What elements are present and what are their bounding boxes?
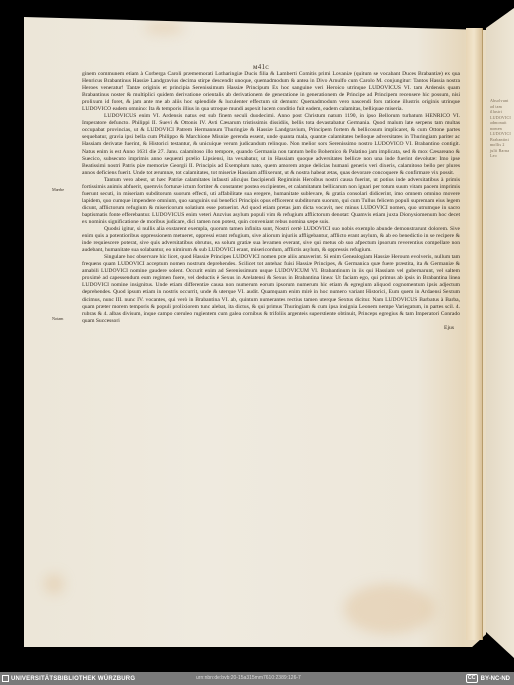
adjacent-page-edge: Absolvunt ad tam illustri LUDOVICI admon… (486, 8, 514, 658)
paper-stain (144, 22, 184, 34)
urn-identifier: urn:nbn:de:bvb:20-15a315mm7610:2389:126-… (196, 675, 301, 681)
page-number: ᴍ41ᴄ (253, 63, 269, 71)
document-body: ginem communem etiam à Corberga Caroli p… (82, 71, 460, 332)
library-logo[interactable]: UNIVERSITÄTSBIBLIOTHEK WÜRZBURG (2, 675, 135, 682)
margin-note: Mœrbe (52, 187, 64, 192)
book-spine-gutter (466, 28, 483, 640)
paragraph: Quodsi igitur, sì nullis alia exstarent … (82, 226, 460, 254)
viewer-footer-bar: UNIVERSITÄTSBIBLIOTHEK WÜRZBURG urn:nbn:… (0, 672, 514, 685)
library-name: UNIVERSITÄTSBIBLIOTHEK WÜRZBURG (11, 676, 135, 682)
paper-stain (344, 584, 434, 634)
library-logo-icon (2, 675, 9, 682)
margin-note: Notam (52, 316, 63, 321)
license-text: BY-NC-ND (481, 676, 510, 682)
catchword: Ejus (82, 325, 460, 332)
license-badge[interactable]: CC BY-NC-ND (466, 674, 510, 683)
creative-commons-icon: CC (466, 674, 478, 683)
paragraph: Tantum vero abest, ut hæc Patriæ calamit… (82, 177, 460, 226)
paragraph: Singulare hoc observare hic licet, quod … (82, 254, 460, 324)
adjacent-page-text: Absolvunt ad tam illustri LUDOVICI admon… (490, 98, 512, 159)
paragraph: ginem communem etiam à Corberga Caroli p… (82, 71, 460, 113)
paper-stain (44, 574, 64, 594)
paragraph: LUDOVICUS enim VI. Ardensis natus est su… (82, 113, 460, 176)
